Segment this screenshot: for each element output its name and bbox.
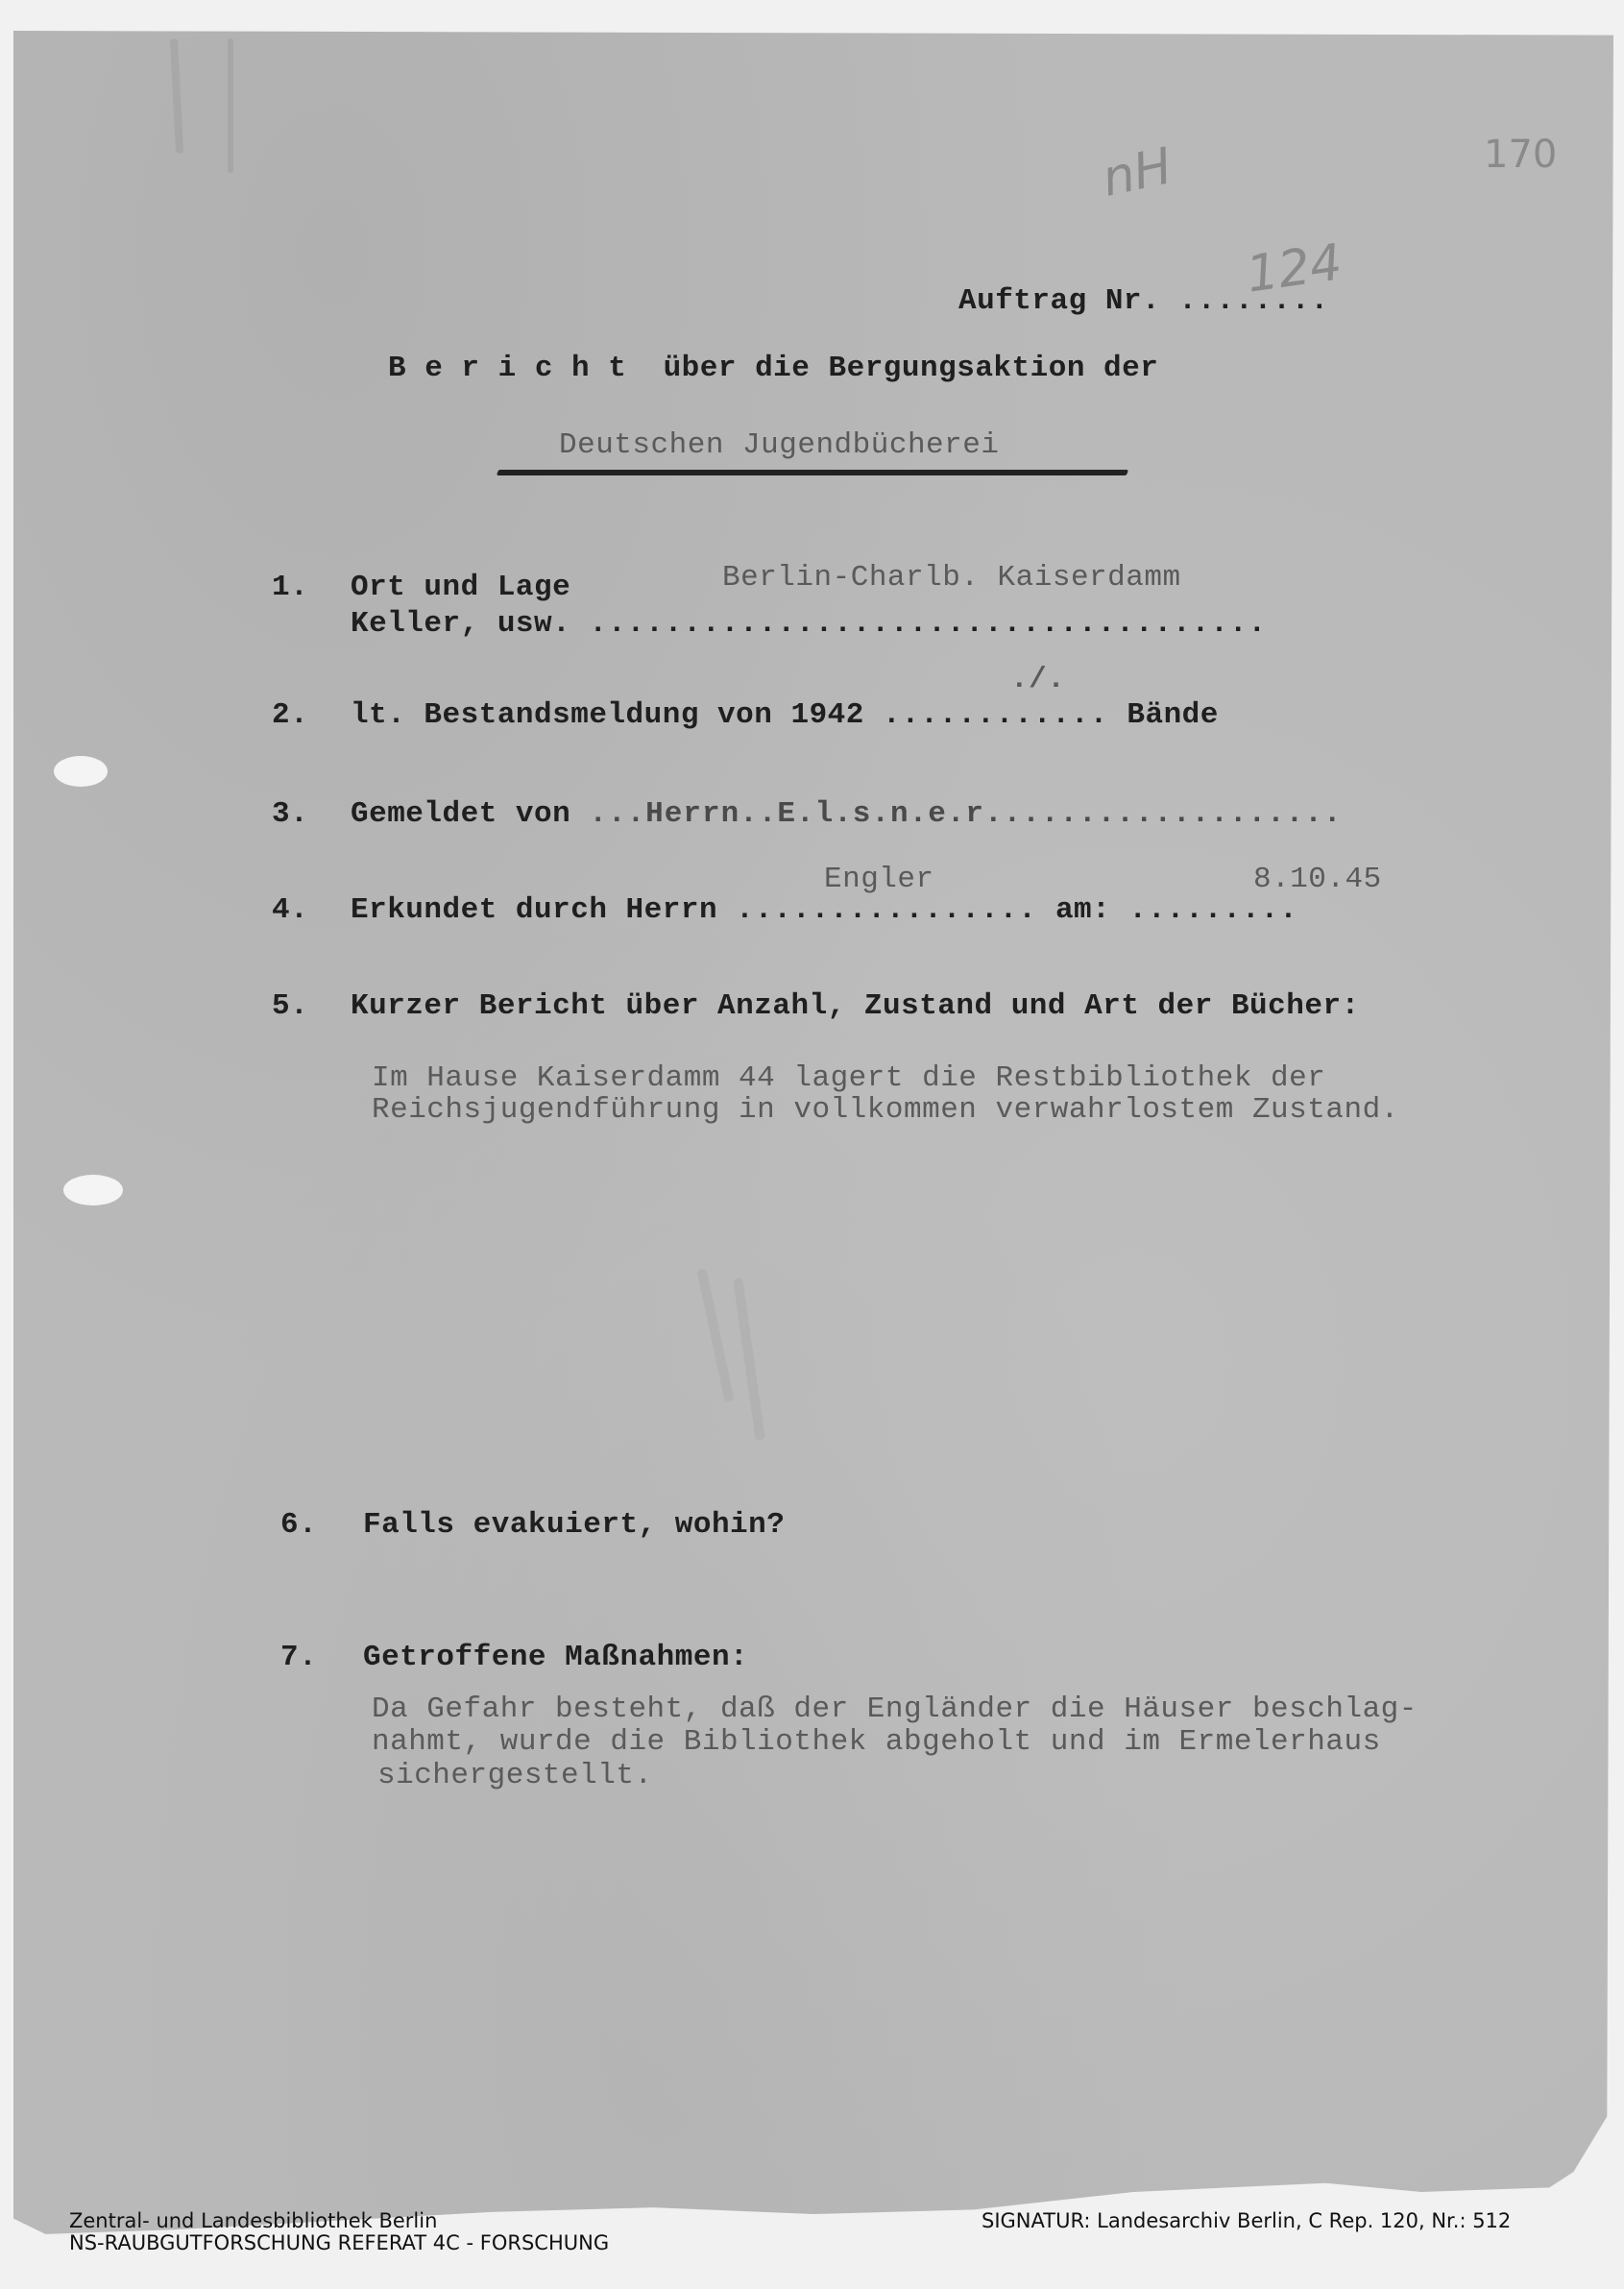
item-4-label: Erkundet durch Herrn ................ am… (351, 893, 1298, 927)
item-1-value: Berlin-Charlb. Kaiserdamm (722, 561, 1181, 595)
item-7-number: 7. (280, 1641, 317, 1674)
item-4-value-date: 8.10.45 (1253, 863, 1382, 896)
punch-hole-upper (54, 756, 108, 787)
item-7-text-line1: Da Gefahr besteht, daß der Engländer die… (372, 1692, 1418, 1726)
footer-library-name: Zentral- und Landesbibliothek Berlin (69, 2209, 437, 2232)
item-3-label: Gemeldet von ...Herrn..E.l.s.n.e.r......… (351, 797, 1342, 831)
item-2-number: 2. (272, 698, 308, 732)
title-underline (497, 470, 1128, 475)
handwritten-page-number: 170 (1484, 133, 1557, 177)
item-6-label: Falls evakuiert, wohin? (363, 1508, 785, 1542)
order-number-label: Auftrag Nr. ........ (958, 284, 1329, 318)
pencil-mark (228, 38, 233, 173)
item-4-value-name: Engler (824, 863, 934, 896)
item-7-text-line3: sichergestellt. (377, 1759, 653, 1792)
footer-department: NS-RAUBGUTFORSCHUNG REFERAT 4C - FORSCHU… (69, 2231, 609, 2254)
item-7-label: Getroffene Maßnahmen: (363, 1641, 748, 1674)
item-1-number: 1. (272, 571, 308, 604)
item-1-label-line2: Keller, usw. ...........................… (351, 607, 1267, 641)
report-title-line1: B e r i c h t über die Bergungsaktion de… (388, 352, 1158, 385)
item-2-value: ./. (1010, 663, 1065, 696)
punch-hole-lower (63, 1175, 123, 1205)
item-2-label: lt. Bestandsmeldung von 1942 ...........… (351, 698, 1219, 732)
item-1-label: Ort und Lage (351, 571, 570, 604)
item-5-number: 5. (272, 989, 308, 1023)
report-title-line2: Deutschen Jugendbücherei (559, 428, 999, 462)
item-3-number: 3. (272, 797, 308, 831)
item-5-text-line2: Reichsjugendführung in vollkommen verwah… (372, 1093, 1399, 1127)
item-4-number: 4. (272, 893, 308, 927)
item-6-number: 6. (280, 1508, 317, 1542)
item-5-text-line1: Im Hause Kaiserdamm 44 lagert die Restbi… (372, 1061, 1325, 1095)
item-7-text-line2: nahmt, wurde die Bibliothek abgeholt und… (372, 1725, 1381, 1759)
footer-signature: SIGNATUR: Landesarchiv Berlin, C Rep. 12… (982, 2209, 1511, 2232)
item-5-label: Kurzer Bericht über Anzahl, Zustand und … (351, 989, 1360, 1023)
